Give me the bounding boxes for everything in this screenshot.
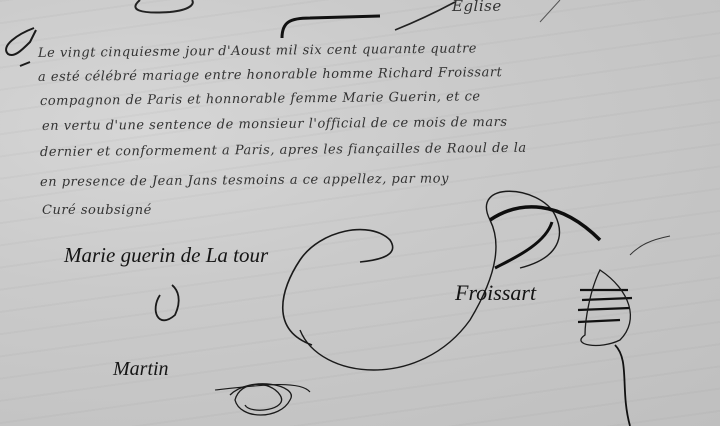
- header-fragment: Eglise: [452, 0, 502, 15]
- signature-martin: Martin: [113, 358, 169, 381]
- record-line-7: Curé soubsigné: [42, 203, 152, 218]
- manuscript-page: Eglise Le vingt cinquiesme jour d'Aoust …: [0, 0, 720, 426]
- signature-froissart: Froissart: [455, 280, 536, 306]
- signature-marie-guerin: Marie guerin de La tour: [64, 238, 304, 272]
